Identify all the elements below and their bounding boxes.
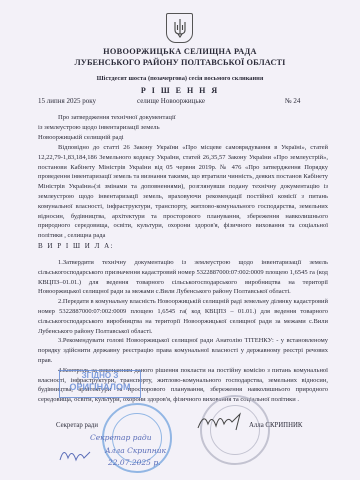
trident-emblem-icon — [166, 13, 193, 43]
handwritten-date: 22.07.2025 р. — [108, 458, 161, 467]
decision-item: 3.Рекомендувати голові Новооржицької сел… — [38, 336, 328, 365]
signature-icon — [196, 410, 246, 434]
handwritten-role: Секретар ради — [90, 433, 152, 442]
signatory-role: Секретар ради — [56, 422, 98, 429]
decision-number: № 24 — [285, 97, 300, 105]
preamble-text: Відповідно до статті 26 Закону України «… — [38, 143, 328, 241]
stamp-line: ОРИГІНАЛОМ — [60, 381, 140, 393]
decision-document: НОВООРЖИЦЬКА СЕЛИЩНА РАДА ЛУБЕНСЬКОГО РА… — [0, 0, 360, 480]
handwritten-signature-icon — [58, 444, 92, 466]
session-name: Шістдесят шоста (позачергова) сесія вось… — [0, 75, 360, 82]
certified-copy-stamp: ЗГІДНО З ОРИГІНАЛОМ — [59, 370, 141, 398]
title-line: із землеустрою щодо інвентаризації земел… — [38, 123, 176, 133]
preamble: Відповідно до статті 26 Закону України «… — [38, 143, 328, 241]
trident-icon — [172, 18, 188, 38]
signatory-name: Алла СКРИПНИК — [249, 422, 302, 429]
district-name: ЛУБЕНСЬКОГО РАЙОНУ ПОЛТАВСЬКОЇ ОБЛАСТІ — [0, 58, 360, 67]
stamp-line: ЗГІДНО З — [60, 371, 140, 381]
title-line: Новооржицькій селищній раді — [38, 133, 176, 143]
decision-title: Про затвердження технічної документації … — [38, 113, 176, 143]
resolved-heading: В И Р І Ш И Л А: — [38, 242, 114, 250]
decision-item: 1.Затвердити технічну документацію із зе… — [38, 258, 328, 297]
decision-item: 2.Передати в комунальну власність Новоор… — [38, 297, 328, 336]
title-line: Про затвердження технічної документації — [38, 113, 176, 123]
council-name: НОВООРЖИЦЬКА СЕЛИЩНА РАДА — [0, 47, 360, 56]
decision-date: 15 липня 2025 року — [38, 97, 96, 105]
document-type: Р І Ш Е Н Н Я — [0, 86, 360, 95]
handwritten-name: Алла Скрипник — [105, 446, 166, 455]
decision-place: селище Новооржицьке — [137, 97, 205, 105]
